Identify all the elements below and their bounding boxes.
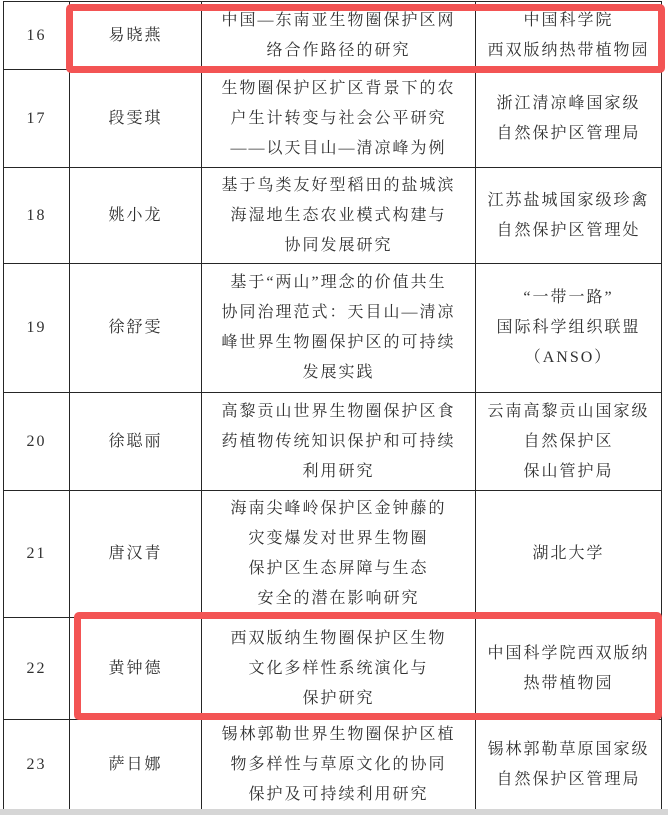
project-title-cell: 西双版纳生物圈保护区生物 文化多样性系统演化与 保护研究 [202,618,476,720]
project-title-cell: 生物圈保护区扩区背景下的农 户生计转变与社会公平研究 ——以天目山—清凉峰为例 [202,70,476,168]
table-row: 23 萨日娜 锡林郭勒世界生物圈保护区植 物多样性与草原文化的协同 保护及可持续… [4,720,662,811]
row-number-cell: 16 [4,2,70,70]
name-cell: 易晓燕 [70,2,202,70]
row-number-cell: 17 [4,70,70,168]
table-row: 20 徐聪丽 高黎贡山世界生物圈保护区食 药植物传统知识保护和可持续 利用研究 … [4,393,662,491]
name-cell: 段雯琪 [70,70,202,168]
table-row: 22 黄钟德 西双版纳生物圈保护区生物 文化多样性系统演化与 保护研究 中国科学… [4,618,662,720]
name-cell: 萨日娜 [70,720,202,811]
institution-cell: 中国科学院 西双版纳热带植物园 [476,2,662,70]
institution-cell: 锡林郭勒草原国家级 自然保护区管理局 [476,720,662,811]
name-cell: 唐汉青 [70,491,202,618]
name-cell: 徐聪丽 [70,393,202,491]
project-title-cell: 海南尖峰岭保护区金钟藤的 灾变爆发对世界生物圈 保护区生态屏障与生态 安全的潜在… [202,491,476,618]
institution-cell: 浙江清凉峰国家级 自然保护区管理局 [476,70,662,168]
table-row: 21 唐汉青 海南尖峰岭保护区金钟藤的 灾变爆发对世界生物圈 保护区生态屏障与生… [4,491,662,618]
row-number-cell: 18 [4,168,70,264]
document-page: 16 易晓燕 中国—东南亚生物圈保护区网 络合作路径的研究 中国科学院 西双版纳… [0,0,668,815]
row-number-cell: 21 [4,491,70,618]
project-title-cell: 高黎贡山世界生物圈保护区食 药植物传统知识保护和可持续 利用研究 [202,393,476,491]
name-cell: 黄钟德 [70,618,202,720]
institution-cell: “一带一路” 国际科学组织联盟 （ANSO） [476,264,662,393]
recipients-table: 16 易晓燕 中国—东南亚生物圈保护区网 络合作路径的研究 中国科学院 西双版纳… [3,1,662,811]
row-number-cell: 19 [4,264,70,393]
project-title-cell: 基于“两山”理念的价值共生 协同治理范式：天目山—清凉 峰世界生物圈保护区的可持… [202,264,476,393]
institution-cell: 江苏盐城国家级珍禽 自然保护区管理处 [476,168,662,264]
row-number-cell: 20 [4,393,70,491]
name-cell: 徐舒雯 [70,264,202,393]
name-cell: 姚小龙 [70,168,202,264]
project-title-cell: 中国—东南亚生物圈保护区网 络合作路径的研究 [202,2,476,70]
table-row: 17 段雯琪 生物圈保护区扩区背景下的农 户生计转变与社会公平研究 ——以天目山… [4,70,662,168]
project-title-cell: 基于鸟类友好型稻田的盐城滨 海湿地生态农业模式构建与 协同发展研究 [202,168,476,264]
project-title-cell: 锡林郭勒世界生物圈保护区植 物多样性与草原文化的协同 保护及可持续利用研究 [202,720,476,811]
institution-cell: 云南高黎贡山国家级 自然保护区 保山管护局 [476,393,662,491]
institution-cell: 湖北大学 [476,491,662,618]
row-number-cell: 22 [4,618,70,720]
page-edge-strip [0,809,668,815]
row-number-cell: 23 [4,720,70,811]
institution-cell: 中国科学院西双版纳 热带植物园 [476,618,662,720]
table-row: 16 易晓燕 中国—东南亚生物圈保护区网 络合作路径的研究 中国科学院 西双版纳… [4,2,662,70]
table-row: 19 徐舒雯 基于“两山”理念的价值共生 协同治理范式：天目山—清凉 峰世界生物… [4,264,662,393]
table-row: 18 姚小龙 基于鸟类友好型稻田的盐城滨 海湿地生态农业模式构建与 协同发展研究… [4,168,662,264]
